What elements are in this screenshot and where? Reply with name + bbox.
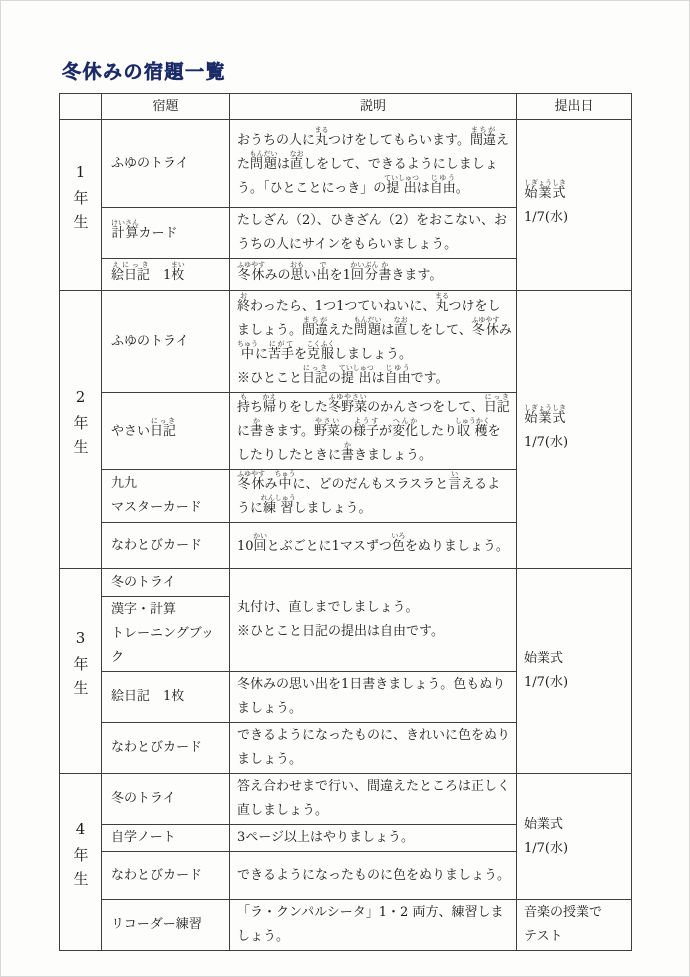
grade-label-3: 3年生: [60, 569, 102, 774]
homework-cell: ふゆのトライ: [102, 120, 230, 208]
due-date-cell: 音楽の授業で テスト: [517, 900, 632, 951]
description-cell: 答え合わせまで行い、間違えたところは正しく直しましょう。: [230, 774, 517, 825]
homework-cell: なわとびカード: [102, 852, 230, 900]
homework-cell: なわとびカード: [102, 523, 230, 569]
homework-cell: 絵日記えにっき 1枚まい: [102, 259, 230, 291]
table-row: リコーダー練習 「ラ・クンパルシータ」1・2 両方、練習しましょう。 音楽の授業…: [60, 900, 632, 951]
grade-label-text: 2年生: [69, 388, 93, 463]
table-row: 2年生 ふゆのトライ 終おわったら、1つ1つていねいに、丸まるつけをしましょう。…: [60, 291, 632, 393]
grade-label-1: 1年生: [60, 120, 102, 291]
homework-cell: 九九 マスターカード: [102, 470, 230, 523]
table-row: 4年生 冬のトライ 答え合わせまで行い、間違えたところは正しく直しましょう。 始…: [60, 774, 632, 825]
homework-cell: 漢字・計算 トレーニングブック: [102, 597, 230, 672]
description-cell: 10回かいとぶごとに1マスずつ色いろをぬりましょう。: [230, 523, 517, 569]
header-due-date: 提出日: [517, 94, 632, 120]
table-row: 1年生 ふゆのトライ おうちの人に丸まるつけをしてもらいます。間違まちがえた問題…: [60, 120, 632, 208]
homework-cell: リコーダー練習: [102, 900, 230, 951]
header-homework: 宿題: [102, 94, 230, 120]
homework-cell: 冬のトライ: [102, 569, 230, 597]
homework-cell: 冬のトライ: [102, 774, 230, 825]
due-date-cell: 始業式しぎょうしき 1/7(水): [517, 291, 632, 569]
homework-cell: 自学ノート: [102, 825, 230, 852]
due-date-cell: 始業式 1/7(水): [517, 569, 632, 774]
homework-cell: やさい日記にっき: [102, 393, 230, 470]
description-cell: 終おわったら、1つ1つていねいに、丸まるつけをしましょう。間違まちがえた問題もん…: [230, 291, 517, 393]
page-title: 冬休みの宿題一覧: [62, 57, 226, 84]
description-cell: できるようになったものに色をぬりましょう。: [230, 852, 517, 900]
homework-cell: 計算けいさんカード: [102, 208, 230, 259]
homework-table: 宿題 説明 提出日 1年生 ふゆのトライ おうちの人に丸まるつけをしてもらいます…: [59, 93, 632, 951]
due-date-cell: 始業式しぎょうしき 1/7(水): [517, 120, 632, 291]
header-description: 説明: [230, 94, 517, 120]
grade-label-text: 1年生: [69, 163, 93, 238]
due-date-cell: 始業式 1/7(水): [517, 774, 632, 900]
document-page: 冬休みの宿題一覧 宿題 説明 提出日 1年生 ふゆのトライ おうちの人に丸まるつ…: [0, 0, 690, 977]
homework-cell: なわとびカード: [102, 723, 230, 774]
description-cell: 「ラ・クンパルシータ」1・2 両方、練習しましょう。: [230, 900, 517, 951]
description-cell: 冬休ふゆやすみの思おもい出でを1回分かいぶん書かきます。: [230, 259, 517, 291]
description-cell: たしざん（2）、ひきざん（2）をおこない、おうちの人にサインをもらいましょう。: [230, 208, 517, 259]
table-row: 3年生 冬のトライ 丸付け、直しまでしましょう。 ※ひとこと日記の提出は自由です…: [60, 569, 632, 597]
homework-cell: ふゆのトライ: [102, 291, 230, 393]
grade-label-4: 4年生: [60, 774, 102, 951]
description-cell: おうちの人に丸まるつけをしてもらいます。間違まちがえた問題もんだいは直なおしをし…: [230, 120, 517, 208]
description-cell: 持もち帰かえりをした冬野菜ふゆやさいのかんさつをして、日記にっきに書かきます。野…: [230, 393, 517, 470]
header-grade: [60, 94, 102, 120]
description-cell: 冬休みの思い出を1日書きましょう。色もぬりましょう。: [230, 672, 517, 723]
description-cell: 丸付け、直しまでしましょう。 ※ひとこと日記の提出は自由です。: [230, 569, 517, 672]
header-row: 宿題 説明 提出日: [60, 94, 632, 120]
description-cell: 3ページ以上はやりましょう。: [230, 825, 517, 852]
homework-cell: 絵日記 1枚: [102, 672, 230, 723]
grade-label-text: 4年生: [69, 820, 93, 895]
description-cell: 冬休ふゆやすみ中ちゅうに、どのだんもスラスラと言いえるように練習れんしゅうしまし…: [230, 470, 517, 523]
grade-label-2: 2年生: [60, 291, 102, 569]
description-cell: できるようになったものに、きれいに色をぬりましょう。: [230, 723, 517, 774]
grade-label-text: 3年生: [69, 629, 93, 704]
